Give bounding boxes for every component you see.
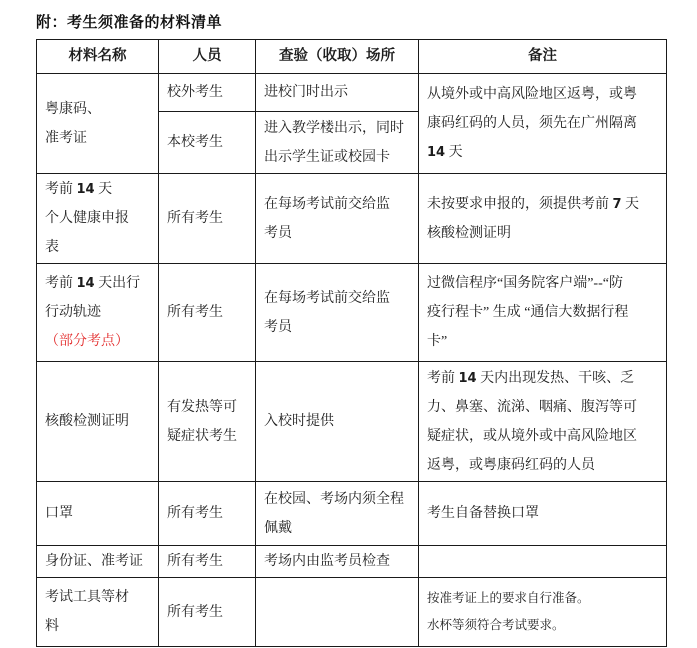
material-cell: 考前 14 天 个人健康申报 表 — [37, 174, 159, 264]
person-cell: 有发热等可 疑症状考生 — [159, 362, 256, 482]
remark-cell: 考前 14 天内出现发热、干咳、乏 力、鼻塞、流涕、咽痛、腹泻等可 疑症状，或从… — [419, 362, 667, 482]
remark-cell — [419, 546, 667, 578]
remark-cell: 按准考证上的要求自行准备。 水杯等须符合考试要求。 — [419, 578, 667, 647]
table-row-mask: 口罩 所有考生 在校园、考场内须全程 佩戴 考生自备替换口罩 — [37, 482, 667, 546]
place-cell: 在校园、考场内须全程 佩戴 — [256, 482, 419, 546]
person-cell: 所有考生 — [159, 578, 256, 647]
page-title: 附：考生须准备的材料清单 — [36, 11, 697, 32]
column-header-material: 材料名称 — [37, 40, 159, 74]
table-row-exam-tools: 考试工具等材 料 所有考生 按准考证上的要求自行准备。 水杯等须符合考试要求。 — [37, 578, 667, 647]
place-cell: 进入教学楼出示，同时 出示学生证或校园卡 — [256, 112, 419, 174]
material-cell: 粤康码、 准考证 — [37, 74, 159, 174]
material-cell: 身份证、准考证 — [37, 546, 159, 578]
place-cell: 入校时提供 — [256, 362, 419, 482]
person-cell: 所有考生 — [159, 174, 256, 264]
material-cell: 考试工具等材 料 — [37, 578, 159, 647]
place-cell: 考场内由监考员检查 — [256, 546, 419, 578]
remark-cell: 未按要求申报的，须提供考前 7 天 核酸检测证明 — [419, 174, 667, 264]
place-cell: 在每场考试前交给监 考员 — [256, 264, 419, 362]
column-header-place: 查验（收取）场所 — [256, 40, 419, 74]
materials-table: 材料名称 人员 查验（收取）场所 备注 粤康码、 准考证 校外考生 进校门时出示… — [36, 39, 667, 647]
table-row-id-card: 身份证、准考证 所有考生 考场内由监考员检查 — [37, 546, 667, 578]
remark-cell: 过微信程序“国务院客户端”--“防 疫行程卡” 生成 “通信大数据行程 卡” — [419, 264, 667, 362]
table-row-health-form: 考前 14 天 个人健康申报 表 所有考生 在每场考试前交给监 考员 未按要求申… — [37, 174, 667, 264]
person-cell: 本校考生 — [159, 112, 256, 174]
table-row-yuekangma-a: 粤康码、 准考证 校外考生 进校门时出示 从境外或中高风险地区返粤，或粤 康码红… — [37, 74, 667, 112]
place-cell — [256, 578, 419, 647]
material-cell: 核酸检测证明 — [37, 362, 159, 482]
place-cell: 进校门时出示 — [256, 74, 419, 112]
remark-cell: 考生自备替换口罩 — [419, 482, 667, 546]
material-cell: 口罩 — [37, 482, 159, 546]
person-cell: 校外考生 — [159, 74, 256, 112]
person-cell: 所有考生 — [159, 482, 256, 546]
remark-cell: 从境外或中高风险地区返粤，或粤 康码红码的人员，须先在广州隔离 14 天 — [419, 74, 667, 174]
person-cell: 所有考生 — [159, 546, 256, 578]
material-note-red: （部分考点） — [45, 327, 150, 356]
material-cell: 考前 14 天出行 行动轨迹 （部分考点） — [37, 264, 159, 362]
table-row-travel-track: 考前 14 天出行 行动轨迹 （部分考点） 所有考生 在每场考试前交给监 考员 … — [37, 264, 667, 362]
header-row: 材料名称 人员 查验（收取）场所 备注 — [37, 40, 667, 74]
column-header-person: 人员 — [159, 40, 256, 74]
table-row-nat-certificate: 核酸检测证明 有发热等可 疑症状考生 入校时提供 考前 14 天内出现发热、干咳… — [37, 362, 667, 482]
document-page: 附：考生须准备的材料清单 材料名称 人员 查验（收取）场所 备注 粤康码、 准考… — [0, 0, 697, 648]
column-header-remark: 备注 — [419, 40, 667, 74]
place-cell: 在每场考试前交给监 考员 — [256, 174, 419, 264]
person-cell: 所有考生 — [159, 264, 256, 362]
